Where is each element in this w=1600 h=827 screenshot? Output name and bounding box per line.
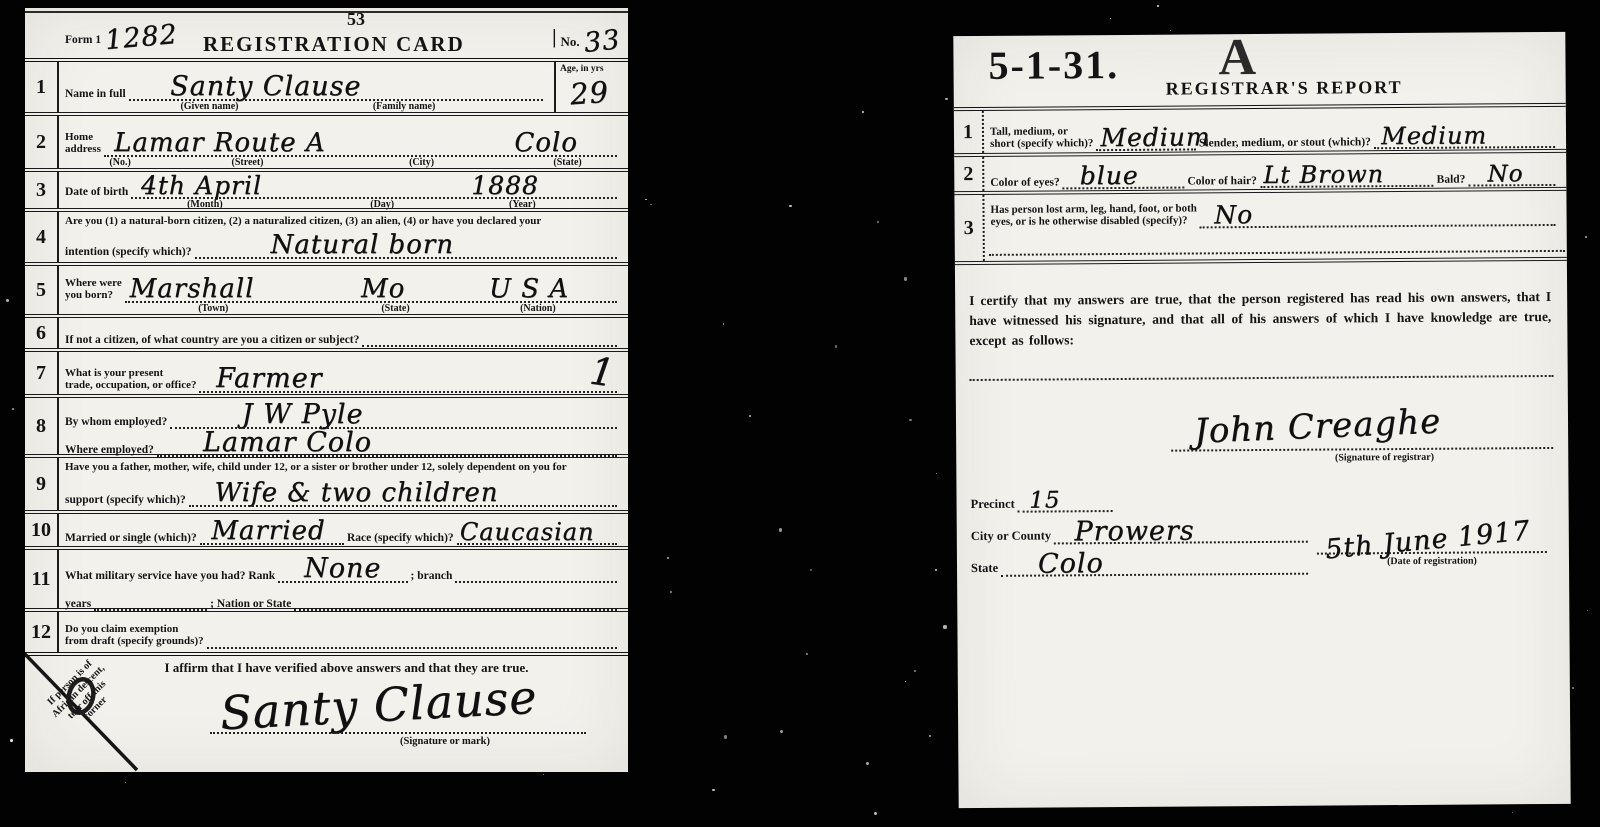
build-label: Slender, medium, or stout (which)? bbox=[1199, 136, 1371, 150]
row-number: 10 bbox=[25, 514, 59, 546]
branch-label: ; branch bbox=[411, 570, 453, 583]
foreign-citizen-fill-line bbox=[362, 341, 617, 347]
dependents-question-line1: Have you a father, mother, wife, child u… bbox=[65, 461, 620, 473]
given-name-sublabel: (Given name) bbox=[180, 101, 238, 112]
report-row-3-disability: 3 Has person lost arm, leg, hand, foot, … bbox=[954, 191, 1566, 265]
report-location-section: Precinct 15 City or County Prowers State… bbox=[956, 477, 1569, 681]
occupation-fill-line: Farmer 1 bbox=[199, 387, 617, 393]
row-12-exemption: 12 Do you claim exemptionfrom draft (spe… bbox=[25, 612, 628, 656]
street-sublabel: (Street) bbox=[232, 157, 264, 168]
year-sublabel: (Year) bbox=[509, 199, 536, 210]
disability-handwritten: No bbox=[1214, 200, 1253, 229]
row-3-date-of-birth: 3 Date of birth 4th April 1888 (Month) (… bbox=[25, 172, 628, 212]
birth-town-handwritten: Marshall bbox=[130, 274, 255, 304]
occupation-label: What is your presenttrade, occupation, o… bbox=[65, 367, 196, 393]
row-1-name: 1 Name in full Santy Clause (Given name)… bbox=[25, 62, 628, 116]
race-handwritten: Caucasian bbox=[460, 518, 595, 546]
disability-fill-line: No bbox=[1200, 220, 1556, 228]
occupation-handwritten: Farmer bbox=[216, 363, 322, 394]
town-sublabel: (Town) bbox=[198, 303, 228, 314]
eye-color-fill-line: blue bbox=[1063, 183, 1185, 190]
married-fill-line: Married bbox=[200, 539, 344, 545]
birthplace-label: Where wereyou born? bbox=[65, 277, 122, 303]
registrant-signature-block: Santy Clause (Signature or mark) bbox=[25, 676, 628, 762]
bald-fill-line: No bbox=[1468, 180, 1555, 187]
row-number: 2 bbox=[25, 116, 59, 168]
dependents-handwritten: Wife & two children bbox=[214, 478, 498, 508]
row-4-citizenship: 4 Are you (1) a natural-born citizen, (2… bbox=[25, 212, 628, 266]
registration-date-block: 5th June 1917 (Date of registration) bbox=[1317, 517, 1547, 568]
form-number-label: Form 1 bbox=[65, 34, 101, 46]
precinct-line: Precinct 15 bbox=[970, 479, 1310, 513]
state-handwritten: Colo bbox=[1038, 548, 1104, 579]
row-8-employer: 8 By whom employed? J W Pyle Where emplo… bbox=[25, 398, 628, 458]
day-sublabel: (Day) bbox=[370, 199, 394, 210]
signature-caption: (Signature or mark) bbox=[325, 736, 565, 747]
address-state-handwritten: Colo bbox=[514, 128, 578, 158]
signature-line bbox=[210, 732, 586, 734]
row-number: 1 bbox=[954, 111, 984, 153]
where-employed-fill-line: Lamar Colo bbox=[157, 451, 617, 457]
serial-number-handwritten: 1282 bbox=[104, 19, 179, 56]
scanned-document-canvas: Form 1 1282 53 REGISTRATION CARD | No. 3… bbox=[0, 0, 1600, 827]
family-name-sublabel: (Family name) bbox=[373, 101, 436, 112]
home-address-label: Homeaddress bbox=[65, 131, 101, 157]
where-employed-handwritten: Lamar Colo bbox=[203, 427, 372, 458]
exceptions-blank-line bbox=[970, 375, 1554, 381]
birth-state-handwritten: Mo bbox=[361, 274, 405, 304]
build-fill-line: Medium bbox=[1374, 142, 1555, 149]
row-2-home-address: 2 Homeaddress Lamar Route A Colo (No.) (… bbox=[25, 116, 628, 172]
eye-color-label: Color of eyes? bbox=[990, 176, 1060, 189]
hair-color-label: Color of hair? bbox=[1187, 175, 1257, 188]
card-number-handwritten: 33 bbox=[582, 24, 621, 59]
report-row-1-build: 1 Tall, medium, orshort (specify which)?… bbox=[954, 107, 1566, 157]
registrars-report-card: 5-1-31. A REGISTRAR'S REPORT 1 Tall, med… bbox=[953, 32, 1570, 808]
dob-month-handwritten: 4th April bbox=[141, 171, 262, 200]
registrar-signature-caption: (Signature of registrar) bbox=[1274, 452, 1494, 465]
age-box: Age, in yrs 29 bbox=[554, 62, 628, 112]
married-handwritten: Married bbox=[211, 516, 325, 546]
row-number: 3 bbox=[25, 172, 59, 208]
state-sublabel: (State) bbox=[381, 303, 409, 314]
branch-fill-line bbox=[455, 577, 617, 583]
certification-statement: I certify that my answers are true, that… bbox=[955, 274, 1567, 351]
registrant-signature-handwritten: Santy Clause bbox=[219, 670, 539, 741]
date-stamp: 5-1-31. bbox=[988, 41, 1119, 89]
row-7-occupation: 7 What is your presenttrade, occupation,… bbox=[25, 352, 628, 398]
row-number: 1 bbox=[25, 62, 59, 112]
citizenship-handwritten: Natural born bbox=[271, 230, 454, 260]
extra-dotted-line bbox=[989, 250, 1565, 256]
dob-year-handwritten: 1888 bbox=[471, 171, 539, 200]
state-line: State Colo bbox=[971, 543, 1311, 577]
row-number: 6 bbox=[25, 318, 59, 348]
married-label: Married or single (which)? bbox=[65, 532, 197, 545]
foreign-citizen-label: If not a citizen, of what country are yo… bbox=[65, 334, 359, 347]
row-6-foreign-citizen: 6 If not a citizen, of what country are … bbox=[25, 318, 628, 352]
row-number: 9 bbox=[25, 458, 59, 510]
registration-card: Form 1 1282 53 REGISTRATION CARD | No. 3… bbox=[25, 8, 628, 772]
precinct-fill-line: 15 bbox=[1018, 506, 1113, 513]
disability-label: Has person lost arm, leg, hand, foot, or… bbox=[990, 202, 1197, 230]
row-number: 3 bbox=[954, 195, 984, 261]
row-number: 4 bbox=[25, 212, 59, 262]
date-line: 5th June 1917 bbox=[1317, 517, 1547, 555]
age-label: Age, in yrs bbox=[560, 64, 604, 74]
employer-handwritten: J W Pyle bbox=[242, 399, 364, 430]
nation-sublabel: (Nation) bbox=[520, 303, 556, 314]
birth-nation-handwritten: U S A bbox=[489, 274, 569, 304]
hair-color-fill-line: Lt Brown bbox=[1260, 181, 1434, 188]
report-title: REGISTRAR'S REPORT bbox=[1166, 77, 1403, 100]
row-9-dependents: 9 Have you a father, mother, wife, child… bbox=[25, 458, 628, 514]
divider-bar: | bbox=[552, 26, 556, 49]
dependents-question-line2: support (specify which)? bbox=[65, 494, 186, 507]
row-number: 12 bbox=[25, 612, 59, 652]
no-sublabel: (No.) bbox=[109, 157, 130, 168]
row-10-married-race: 10 Married or single (which)? Married Ra… bbox=[25, 514, 628, 550]
name-handwritten: Santy Clause bbox=[170, 71, 361, 102]
eye-color-handwritten: blue bbox=[1080, 161, 1139, 190]
report-row-2-eyes-hair: 2 Color of eyes? blue Color of hair? Lt … bbox=[954, 153, 1566, 195]
registrars-report-header: 5-1-31. A REGISTRAR'S REPORT bbox=[953, 32, 1566, 111]
row-number: 7 bbox=[25, 352, 59, 394]
city-county-handwritten: Prowers bbox=[1074, 516, 1194, 548]
name-label: Name in full bbox=[65, 88, 126, 101]
rank-handwritten: None bbox=[304, 553, 381, 584]
month-sublabel: (Month) bbox=[187, 199, 223, 210]
state-fill-line: Colo bbox=[1001, 569, 1308, 577]
build-handwritten: Medium bbox=[1381, 121, 1487, 150]
race-label: Race (specify which)? bbox=[347, 532, 454, 545]
exemption-fill-line bbox=[207, 643, 617, 649]
age-handwritten: 29 bbox=[569, 75, 610, 112]
city-county-label: City or County bbox=[971, 529, 1051, 546]
nation-state-label: ; Nation or State bbox=[210, 598, 291, 611]
card-title: REGISTRATION CARD bbox=[203, 32, 465, 57]
row-11-military-service: 11 What military service have you had? R… bbox=[25, 550, 628, 612]
hair-color-handwritten: Lt Brown bbox=[1263, 160, 1384, 189]
dob-label: Date of birth bbox=[65, 186, 128, 199]
row-number: 8 bbox=[25, 398, 59, 454]
card-number-group: | No. 33 bbox=[552, 26, 620, 57]
tally-mark-handwritten: 1 bbox=[587, 348, 618, 395]
race-fill-line: Caucasian bbox=[457, 539, 617, 545]
nation-state-fill-line bbox=[294, 605, 617, 611]
registrar-signature-block: John Creaghe (Signature of registrar) bbox=[956, 401, 1568, 467]
precinct-handwritten: 15 bbox=[1029, 488, 1060, 514]
citizenship-question-line1: Are you (1) a natural-born citizen, (2) … bbox=[65, 215, 620, 227]
row-number: 5 bbox=[25, 266, 59, 314]
city-county-line: City or County Prowers bbox=[971, 511, 1311, 545]
registration-card-header: Form 1 1282 53 REGISTRATION CARD | No. 3… bbox=[25, 8, 628, 62]
precinct-label: Precinct bbox=[971, 497, 1015, 513]
state-sublabel: (State) bbox=[553, 157, 581, 168]
registrar-signature-handwritten: John Creaghe bbox=[1193, 402, 1442, 452]
years-label: years bbox=[65, 598, 91, 611]
city-sublabel: (City) bbox=[409, 157, 434, 168]
employer-label: By whom employed? bbox=[65, 416, 167, 429]
military-service-label: What military service have you had? Rank bbox=[65, 570, 275, 583]
citizenship-question-line2: intention (specify which)? bbox=[65, 246, 192, 259]
bald-label: Bald? bbox=[1437, 174, 1466, 187]
stamp-53: 53 bbox=[347, 9, 365, 30]
dependents-fill-line: Wife & two children bbox=[189, 501, 617, 507]
address-handwritten: Lamar Route A bbox=[114, 128, 325, 158]
number-label: No. bbox=[561, 34, 580, 50]
years-fill-line bbox=[94, 605, 207, 611]
row-5-birthplace: 5 Where wereyou born? Marshall Mo U S A … bbox=[25, 266, 628, 318]
citizenship-fill-line: Natural born bbox=[195, 253, 618, 259]
rank-fill-line: None bbox=[278, 577, 407, 583]
row-number: 2 bbox=[954, 157, 984, 191]
height-label: Tall, medium, orshort (specify which)? bbox=[990, 125, 1093, 152]
where-employed-label: Where employed? bbox=[65, 444, 154, 457]
height-handwritten: Medium bbox=[1100, 122, 1210, 152]
affirmation-statement: I affirm that I have verified above answ… bbox=[25, 656, 628, 676]
state-label: State bbox=[971, 561, 998, 577]
height-fill-line: Medium bbox=[1096, 144, 1196, 151]
row-number: 11 bbox=[25, 550, 59, 608]
bald-handwritten: No bbox=[1487, 161, 1523, 187]
exemption-label: Do you claim exemptionfrom draft (specif… bbox=[65, 623, 204, 649]
